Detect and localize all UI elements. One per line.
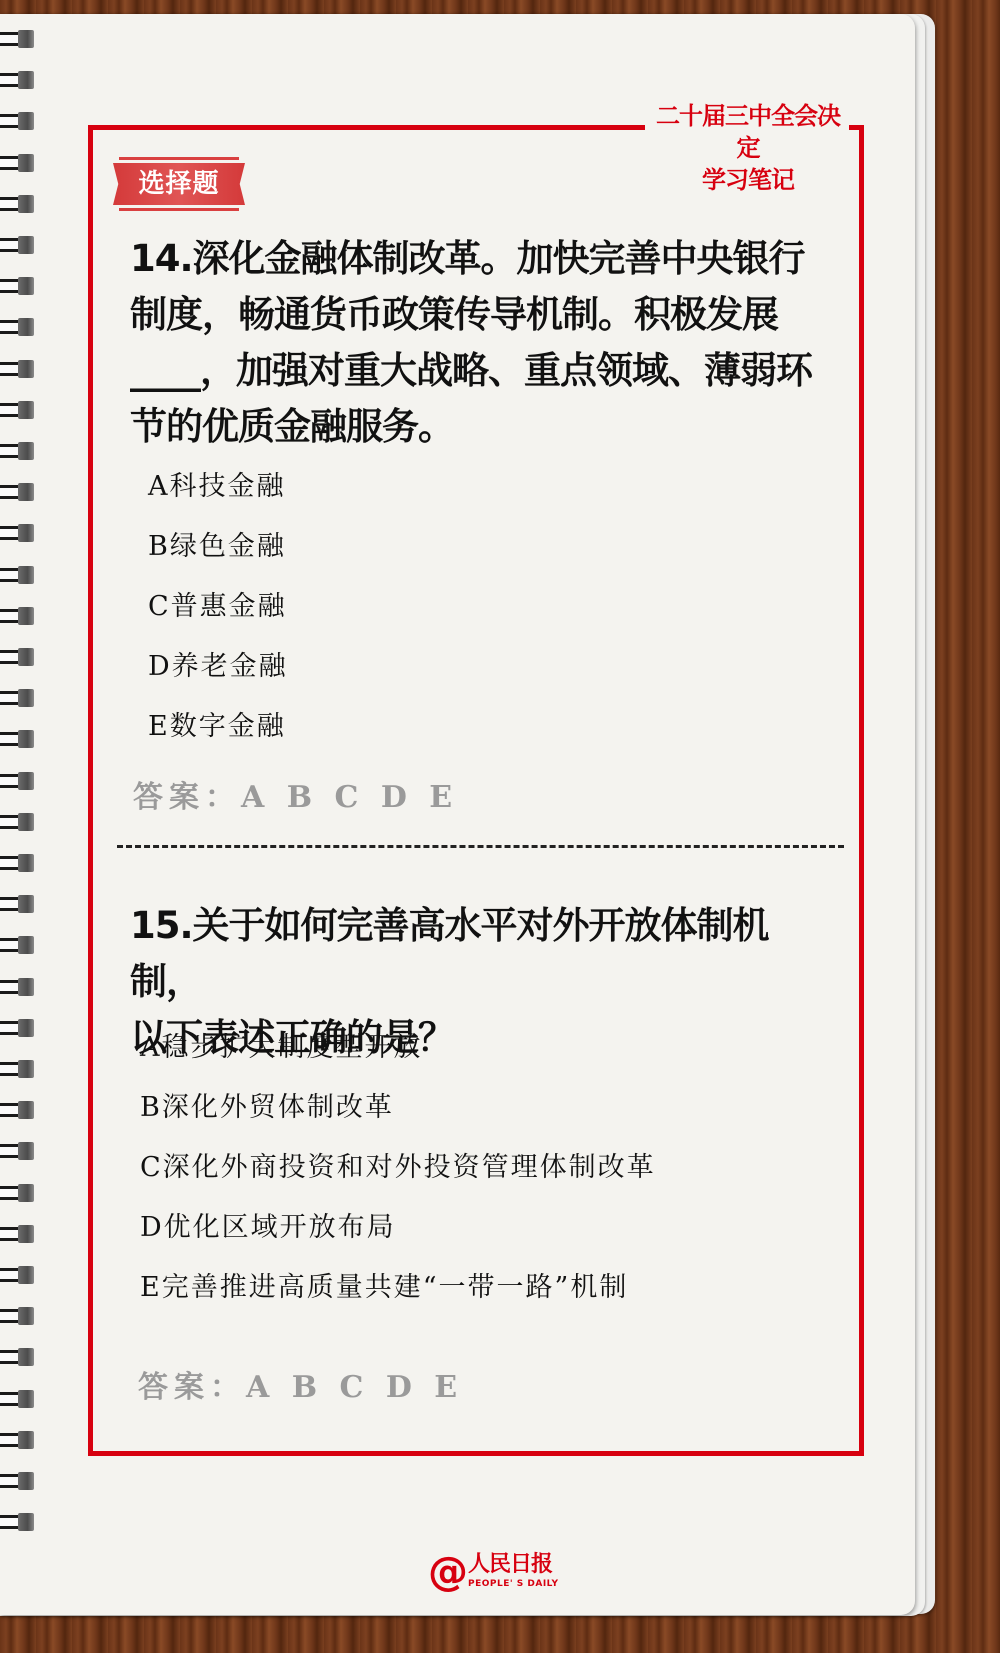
- question-14-options: A科技金融 B绿色金融 C普惠金融 D养老金融 E数字金融: [148, 457, 288, 757]
- option-b: B深化外贸体制改革: [140, 1078, 656, 1138]
- binding-ring-icon: [0, 71, 36, 89]
- option-a: A科技金融: [148, 457, 288, 517]
- binding-ring-icon: [0, 524, 36, 542]
- binding-ring-icon: [0, 854, 36, 872]
- binding-ring-icon: [0, 689, 36, 707]
- ribbon-band: [119, 157, 239, 160]
- binding-ring-icon: [0, 566, 36, 584]
- question-14-answer: 答案：A B C D E: [133, 772, 458, 816]
- red-frame-top-left: [88, 125, 645, 130]
- binding-ring-icon: [0, 1513, 36, 1531]
- binding-ring-icon: [0, 1225, 36, 1243]
- option-d: D优化区域开放布局: [140, 1198, 656, 1258]
- ribbon-band: [119, 208, 239, 211]
- binding-ring-icon: [0, 1142, 36, 1160]
- notes-title-line1: 二十届三中全会决定: [645, 100, 851, 164]
- binding-ring-icon: [0, 1390, 36, 1408]
- binding-ring-icon: [0, 1472, 36, 1490]
- option-c: C深化外商投资和对外投资管理体制改革: [140, 1138, 656, 1198]
- peoples-daily-logo: @ 人民日报 PEOPLE' S DAILY: [428, 1550, 568, 1600]
- question-15-answer: 答案：A B C D E: [138, 1362, 463, 1406]
- binding-ring-icon: [0, 195, 36, 213]
- binding-ring-icon: [0, 1060, 36, 1078]
- binding-ring-icon: [0, 895, 36, 913]
- binding-ring-icon: [0, 112, 36, 130]
- binding-ring-icon: [0, 772, 36, 790]
- at-signal-icon: @: [428, 1552, 468, 1592]
- binding-ring-icon: [0, 30, 36, 48]
- option-e: E数字金融: [148, 697, 288, 757]
- binding-ring-icon: [0, 360, 36, 378]
- binding-ring-icon: [0, 1184, 36, 1202]
- option-b: B绿色金融: [148, 517, 288, 577]
- question-14-title: 14.深化金融体制改革。加快完善中央银行 制度，畅通货币政策传导机制。积极发展 …: [130, 231, 830, 455]
- section-tag-label: 选择题: [113, 163, 245, 205]
- red-frame-top-right: [849, 125, 864, 130]
- question-line: 14.深化金融体制改革。加快完善中央银行: [130, 231, 830, 287]
- binding-ring-icon: [0, 483, 36, 501]
- logo-english: PEOPLE' S DAILY: [468, 1578, 559, 1590]
- binding-ring-icon: [0, 442, 36, 460]
- question-line: 15.关于如何完善高水平对外开放体制机制，: [130, 898, 830, 1010]
- binding-ring-icon: [0, 1307, 36, 1325]
- binding-ring-icon: [0, 1101, 36, 1119]
- option-d: D养老金融: [148, 637, 288, 697]
- binding-ring-icon: [0, 1431, 36, 1449]
- binding-ring-icon: [0, 1266, 36, 1284]
- binding-ring-icon: [0, 154, 36, 172]
- binding-ring-icon: [0, 401, 36, 419]
- notes-title: 二十届三中全会决定 学习笔记: [645, 100, 851, 196]
- binding-ring-icon: [0, 607, 36, 625]
- question-line: 节的优质金融服务。: [130, 399, 830, 455]
- binding-ring-icon: [0, 978, 36, 996]
- question-15-options: A稳步扩大制度型开放 B深化外贸体制改革 C深化外商投资和对外投资管理体制改革 …: [140, 1018, 656, 1318]
- binding-ring-icon: [0, 1019, 36, 1037]
- option-c: C普惠金融: [148, 577, 288, 637]
- question-line: ____，加强对重大战略、重点领域、薄弱环: [130, 343, 830, 399]
- logo-name: 人民日报: [468, 1552, 552, 1578]
- binding-ring-icon: [0, 936, 36, 954]
- option-a: A稳步扩大制度型开放: [140, 1018, 656, 1078]
- binding-ring-icon: [0, 1348, 36, 1366]
- notes-title-line2: 学习笔记: [645, 164, 851, 196]
- binding-ring-icon: [0, 277, 36, 295]
- section-tag: 选择题: [113, 157, 245, 211]
- binding-ring-icon: [0, 318, 36, 336]
- binding-ring-icon: [0, 648, 36, 666]
- option-e: E完善推进高质量共建“一带一路”机制: [140, 1258, 656, 1318]
- binding-ring-icon: [0, 236, 36, 254]
- question-line: 制度，畅通货币政策传导机制。积极发展: [130, 287, 830, 343]
- binding-ring-icon: [0, 730, 36, 748]
- dashed-divider: [117, 845, 844, 848]
- binding-ring-icon: [0, 813, 36, 831]
